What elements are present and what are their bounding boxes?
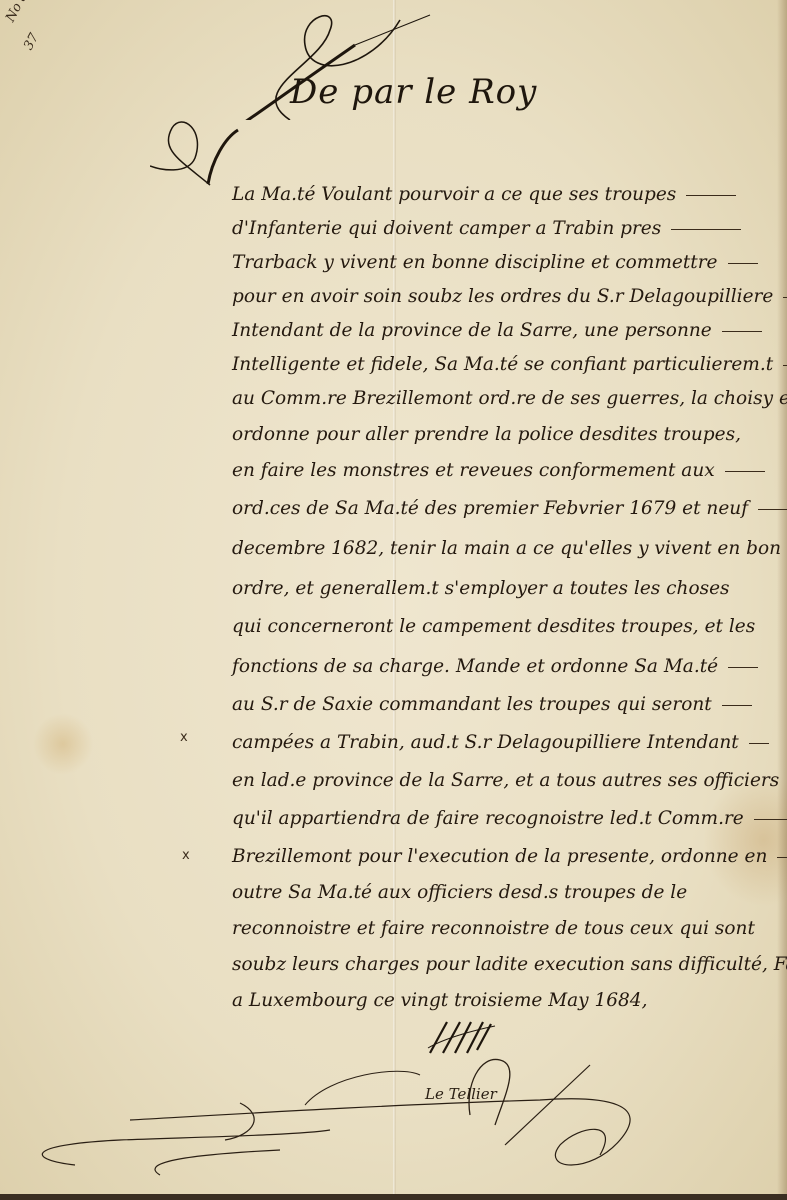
manuscript-page: No 81 37 De par le Roy La Ma.té Voulant … [0, 0, 787, 1200]
margin-mark: x [182, 848, 190, 863]
body-line: fonctions de sa charge. Mande et ordonne… [232, 652, 772, 682]
body-line: d'Infanterie qui doivent camper a Trabin… [232, 214, 772, 244]
body-line: au S.r de Saxie commandant les troupes q… [232, 690, 772, 720]
body-line: a Luxembourg ce vingt troisieme May 1684… [232, 986, 772, 1016]
archive-reference: No 81 [4, 0, 34, 24]
body-line: ordonne pour aller prendre la police des… [232, 420, 772, 450]
body-line: Trarback y vivent en bonne discipline et… [232, 248, 772, 278]
body-line: reconnoistre et faire reconnoistre de to… [232, 914, 772, 944]
body-line: ordre, et generallem.t s'employer a tout… [232, 574, 772, 604]
body-line: en lad.e province de la Sarre, et a tous… [232, 766, 772, 796]
body-line: pour en avoir soin soubz les ordres du S… [232, 282, 772, 312]
secretary-signature-text: Le Tellier [425, 1085, 497, 1103]
body-line: ord.ces de Sa Ma.té des premier Febvrier… [232, 494, 772, 524]
margin-mark: x [180, 730, 188, 745]
body-line: La Ma.té Voulant pourvoir a ce que ses t… [232, 180, 772, 210]
body-line: decembre 1682, tenir la main a ce qu'ell… [232, 534, 772, 564]
body-line: qu'il appartiendra de faire recognoistre… [232, 804, 772, 834]
archive-number: No 81 [4, 0, 34, 24]
body-line: soubz leurs charges pour ladite executio… [232, 950, 772, 980]
body-line: en faire les monstres et reveues conform… [232, 456, 772, 486]
archive-subnumber: 37 [22, 31, 41, 52]
body-line: qui concerneront le campement desdites t… [232, 612, 772, 642]
archive-reference-sub: 37 [22, 31, 41, 52]
body-line: Brezillemont pour l'execution de la pres… [232, 842, 772, 872]
initial-letter-flourish-icon [150, 120, 240, 190]
body-line: campées a Trabin, aud.t S.r Delagoupilli… [232, 728, 772, 758]
body-line: au Comm.re Brezillemont ord.re de ses gu… [232, 384, 772, 414]
document-title: De par le Roy [290, 72, 537, 112]
body-line: Intelligente et fidele, Sa Ma.té se conf… [232, 350, 772, 380]
secretary-signature-icon [0, 1045, 787, 1200]
body-line: Intendant de la province de la Sarre, un… [232, 316, 772, 346]
body-line: outre Sa Ma.té aux officiers desd.s trou… [232, 878, 772, 908]
paper-edge-shadow [777, 0, 787, 1200]
